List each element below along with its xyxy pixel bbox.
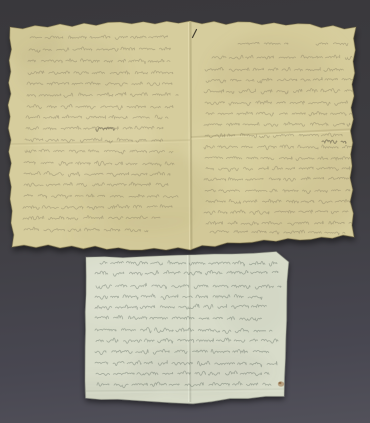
- letters-scene: [0, 0, 370, 423]
- rust-stain: [279, 382, 282, 384]
- fold-crease-shadow: [191, 22, 192, 249]
- photo-of-letters: [0, 0, 370, 423]
- age-spot: [65, 260, 165, 320]
- letter-bottom: [40, 252, 290, 404]
- letter-top: [0, 15, 370, 253]
- age-spot: [70, 217, 310, 253]
- age-spot: [0, 15, 60, 65]
